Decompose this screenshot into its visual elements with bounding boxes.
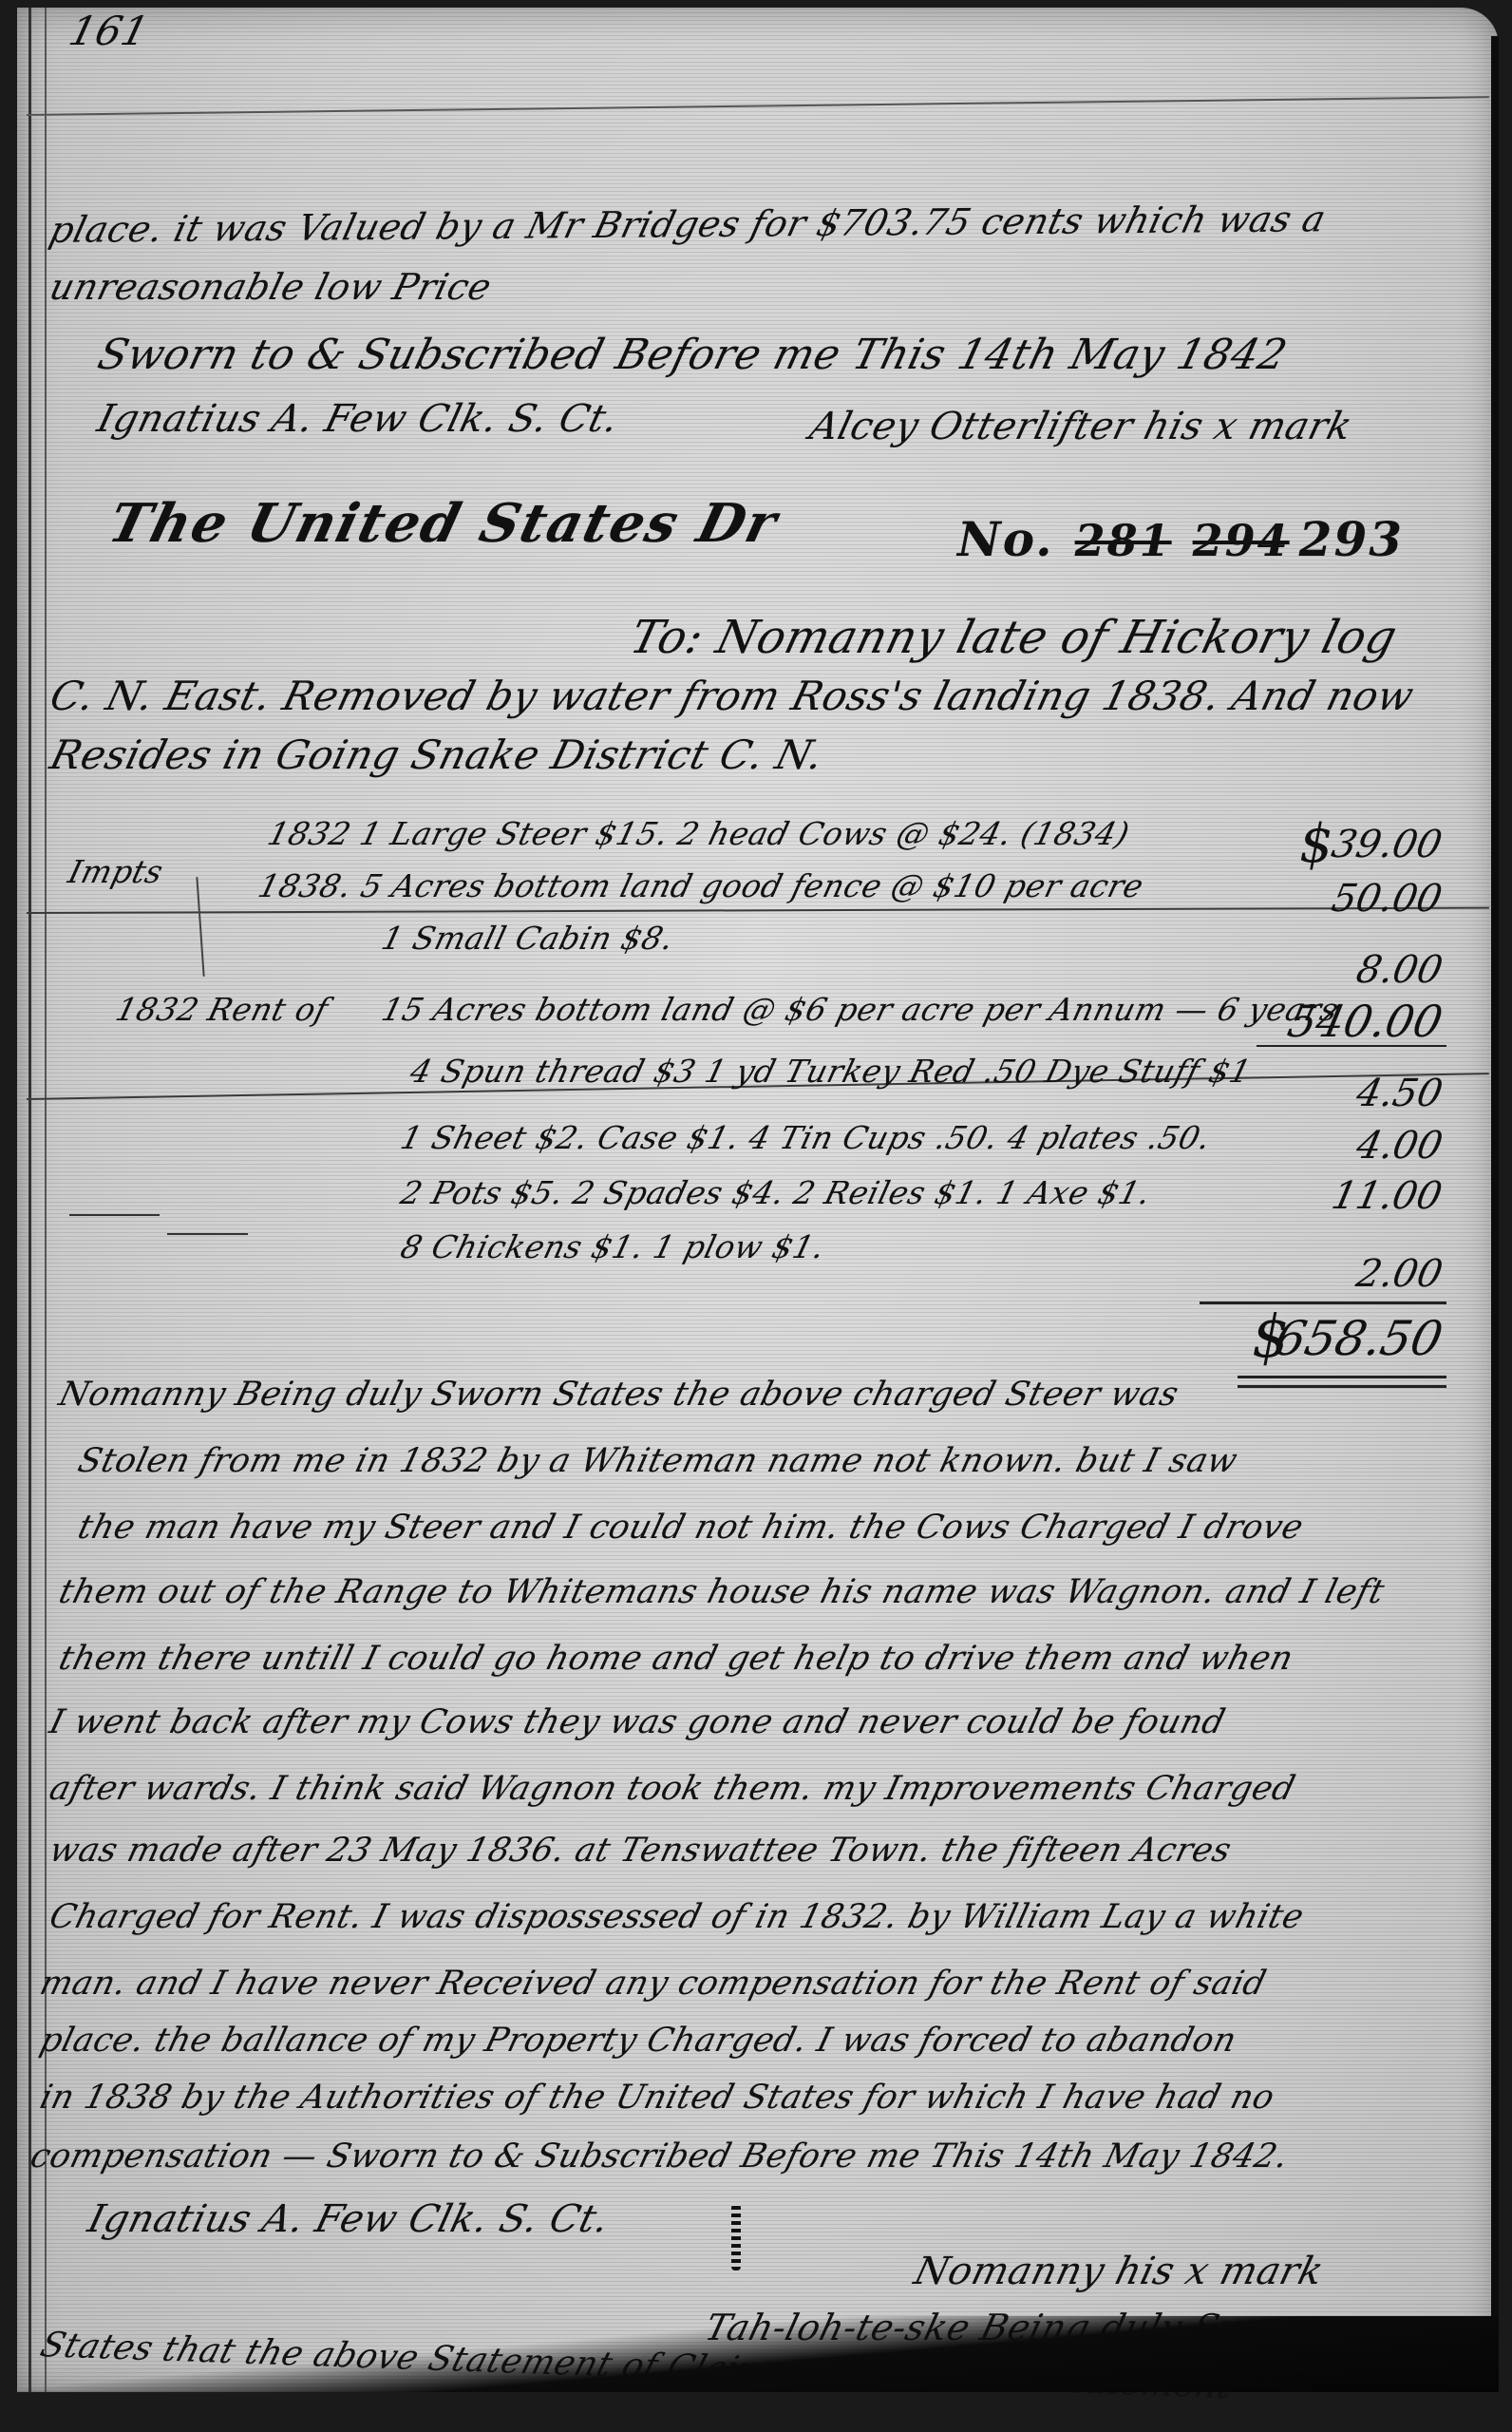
statement-line: them out of the Range to Whitemans house…	[55, 1573, 1389, 1611]
statement-line: Charged for Rent. I was dispossessed of …	[46, 1898, 1308, 1936]
seal-mark-icon	[731, 2204, 741, 2270]
statement-line: was made after 23 May 1836. at Tenswatte…	[46, 1832, 1236, 1870]
ledger-item-desc: 8 Chickens $1. 1 plow $1.	[397, 1228, 829, 1265]
ledger-item-amount: 50.00	[1329, 877, 1446, 921]
struck-number-2: 294	[1193, 515, 1290, 566]
current-number: 293	[1299, 511, 1404, 567]
margin-tick-mark	[69, 1214, 160, 1216]
ledger-item-amount: 8.00	[1352, 948, 1446, 992]
intro-line-1: place. it was Valued by a Mr Bridges for…	[46, 198, 1331, 251]
statement-line: after wards. I think said Wagnon took th…	[46, 1770, 1299, 1808]
struck-number-1: 281	[1075, 515, 1172, 566]
total-double-underline	[1238, 1376, 1446, 1388]
statement-line: man. and I have never Received any compe…	[36, 1965, 1270, 2003]
page-right-edge	[1491, 36, 1499, 2354]
ledger-item-amount: 4.50	[1352, 1072, 1446, 1115]
ledger-item-desc: 15 Acres bottom land @ $6 per acre per A…	[378, 991, 1342, 1028]
ledger-item-desc: 1838. 5 Acres bottom land good fence @ $…	[255, 867, 1147, 904]
ledger-item-desc: 1832 1 Large Steer $15. 2 head Cows @ $2…	[264, 815, 1133, 852]
claim-number: No. 281 294 293	[957, 511, 1404, 567]
total-rule	[1200, 1301, 1446, 1304]
intro-clerk-signature: Ignatius A. Few Clk. S. Ct.	[93, 397, 623, 441]
ledger-item-desc: 4 Spun thread $3 1 yd Turkey Red .50 Dye…	[406, 1053, 1256, 1090]
margin-tick-mark	[167, 1233, 248, 1235]
statement-line: them there untill I could go home and ge…	[55, 1640, 1297, 1678]
ledger-item-desc: 1 Small Cabin $8.	[378, 920, 678, 957]
ledger-item-amount: 39.00	[1329, 823, 1446, 866]
page-rule	[27, 907, 1489, 914]
page-number: 161	[65, 8, 154, 54]
ledger-item-amount: 4.00	[1352, 1124, 1446, 1168]
claimant-origin-line-1: C. N. East. Removed by water from Ross's…	[46, 673, 1419, 719]
account-title: The United States Dr	[103, 492, 784, 555]
subtotal-underline	[1257, 1045, 1446, 1047]
ledger-item-desc: 1 Sheet $2. Case $1. 4 Tin Cups .50. 4 p…	[397, 1119, 1215, 1156]
statement-line: compensation — Sworn to & Subscribed Bef…	[27, 2137, 1293, 2175]
ledger-total: 658.50	[1270, 1311, 1447, 1366]
intro-sworn-line: Sworn to & Subscribed Before me This 14t…	[93, 331, 1292, 379]
intro-line-2: unreasonable low Price	[46, 266, 496, 308]
statement-clerk-signature: Ignatius A. Few Clk. S. Ct.	[84, 2197, 614, 2241]
document-viewport: 161 place. it was Valued by a Mr Bridges…	[0, 0, 1512, 2432]
statement-line: place. the ballance of my Property Charg…	[36, 2022, 1240, 2060]
statement-line: Nomanny Being duly Sworn States the abov…	[55, 1376, 1182, 1414]
ledger-item-desc: 2 Pots $5. 2 Spades $4. 2 Reiles $1. 1 A…	[397, 1174, 1155, 1211]
margin-note-rent: 1832 Rent of	[112, 991, 332, 1028]
ledger-item-amount: 540.00	[1283, 996, 1446, 1047]
statement-line: in 1838 by the Authorities of the United…	[36, 2079, 1278, 2117]
statement-signer-mark: Nomanny his x mark	[910, 2250, 1328, 2293]
ledger-item-amount: 11.00	[1329, 1174, 1446, 1218]
statement-line: the man have my Steer and I could not hi…	[74, 1509, 1307, 1547]
claimant-to-line: To: Nomanny late of Hickory log	[625, 611, 1403, 664]
page-bottom-shadow	[17, 2316, 1499, 2392]
ledger-page: 161 place. it was Valued by a Mr Bridges…	[17, 8, 1499, 2392]
claim-number-label: No.	[957, 511, 1054, 567]
intro-signer-mark: Alcey Otterlifter his x mark	[805, 405, 1356, 448]
margin-bracket	[196, 877, 204, 977]
statement-line: I went back after my Cows they was gone …	[46, 1703, 1229, 1741]
claimant-origin-line-2: Resides in Going Snake District C. N.	[46, 731, 828, 778]
statement-line: Stolen from me in 1832 by a Whiteman nam…	[74, 1442, 1241, 1480]
page-rule	[27, 96, 1489, 116]
ledger-item-amount: 2.00	[1352, 1252, 1446, 1296]
margin-note-improvements: Impts	[65, 853, 167, 890]
